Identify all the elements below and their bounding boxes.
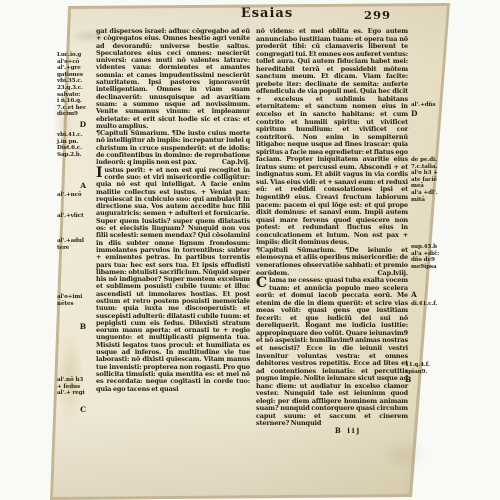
- margin-letter-a: A: [411, 291, 449, 299]
- scanned-book-page: Esaias 299 Luc.io.g al'o+cō al'.+gre gat…: [0, 0, 500, 500]
- margin-note-citations: sup.45.b al'a +dič: dñs de9 me9ipsa: [411, 244, 449, 270]
- margin-note-variant: al'.+adul tere: [57, 238, 95, 251]
- margin-note-citations: 11.q.4.f. xpian9.: [405, 362, 443, 375]
- capituli-summarium-57: ¶Capituli Sūmarium. ¶De iusto cuius mort…: [96, 130, 250, 166]
- paragraph-isaiah-56-end: gat dispersos israel: adhuc cōgregabo ad…: [96, 28, 250, 130]
- text-column-right: nō videns: et mei oblita es. Ego autem a…: [256, 28, 408, 428]
- margin-letter-d: D: [411, 110, 449, 118]
- running-header-title: Esaias: [227, 6, 307, 21]
- paragraph-isaiah-57: Iustus perit: + et non est qui recogitet…: [96, 167, 250, 393]
- margin-note-citations: di.41.c.f.: [411, 301, 449, 308]
- margin-note-variant: al'.+vlict: [57, 213, 95, 220]
- text-column-left: gat dispersos israel: adhuc cōgregabo ad…: [96, 28, 250, 393]
- margin-letter-b: B: [405, 376, 443, 384]
- capituli-summarium-58: ¶Capituli Sūmarium. ¶De ieiunio et elemo…: [256, 247, 408, 277]
- margin-note-citations: de pe.di. 7.c.talia. al'o h3 + ate faciē…: [411, 157, 449, 203]
- margin-note-variant: al'.+ncō: [57, 192, 95, 199]
- margin-note-citations: vbi.41.c. j.in pn. Dist.6.c. Sap.2.b.: [57, 132, 95, 158]
- margin-note-variant: al'o+imi nētes: [57, 294, 95, 307]
- margin-letter-b: B: [57, 323, 95, 331]
- paragraph-isaiah-58: Clama ne cesses: quasi tuba exalta vocem…: [256, 277, 408, 428]
- signature-mark: B iij: [316, 426, 380, 435]
- margin-note-variant: al'.nō h3 + fedus al'.+ regi: [57, 377, 95, 397]
- margin-note-variant: al'.+dñs: [411, 102, 449, 109]
- margin-letter-c: C: [57, 406, 95, 414]
- margin-letter-d: D: [57, 121, 95, 129]
- body-text: nō videns: et mei oblita es. Ego autem a…: [256, 27, 408, 246]
- drop-cap-initial-c: C: [256, 277, 269, 290]
- page-number: 299: [364, 8, 391, 22]
- body-text: lama ne cesses: quasi tuba exalta vocem …: [256, 276, 408, 427]
- body-text: gat dispersos israel: adhuc cōgregabo ad…: [96, 27, 250, 130]
- margin-note-citations: Luc.io.g al'o+cō al'.+gre gationes vbi.3…: [57, 52, 95, 118]
- body-text: ustus perit: + et non est qui recogitet …: [96, 166, 250, 393]
- margin-letter-a: A: [57, 182, 95, 190]
- paragraph-isaiah-57-end: nō videns: et mei oblita es. Ego autem a…: [256, 28, 408, 247]
